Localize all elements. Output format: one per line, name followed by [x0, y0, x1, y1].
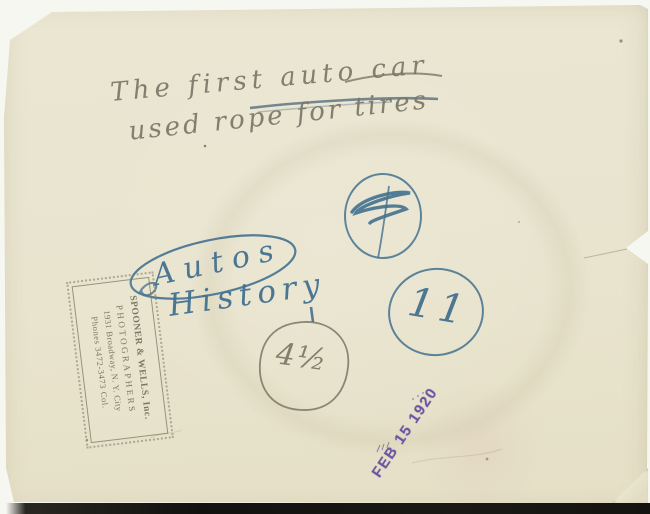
photographer-stamp-text: SPOONER & WELLS, Inc. PHOTOGRAPHERS 1931…	[86, 295, 154, 426]
scanned-photo-back: The first auto car used rope for tires A…	[0, 0, 650, 514]
circled-value-4half: 4½	[274, 337, 331, 379]
scanner-shadow-strip	[6, 503, 650, 514]
